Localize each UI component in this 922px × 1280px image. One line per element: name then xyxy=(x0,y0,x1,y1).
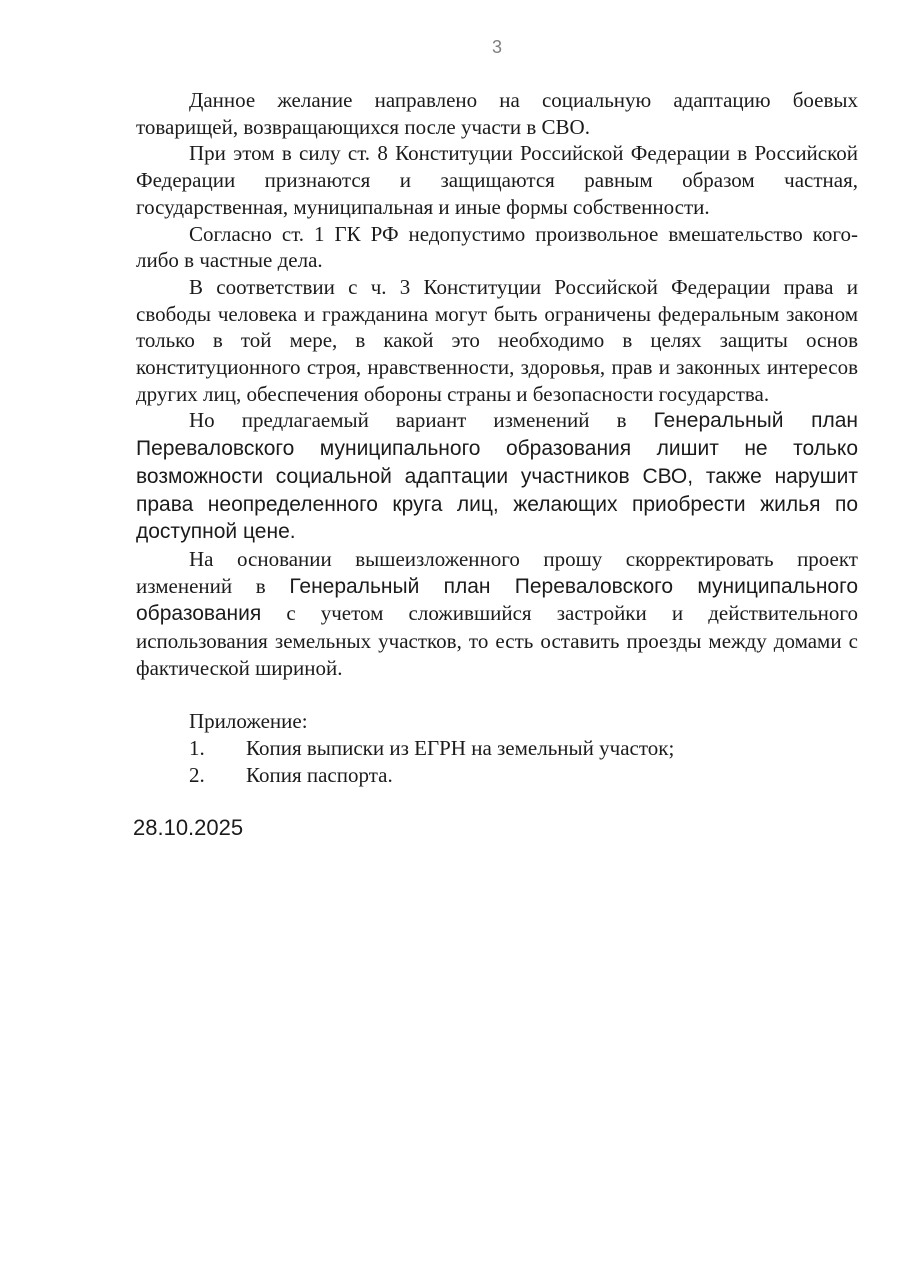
attachment-heading: Приложение: xyxy=(136,708,858,735)
paragraph-civil-code-art1: Согласно ст. 1 ГК РФ недопустимо произво… xyxy=(136,221,858,274)
attachment-item-2-number: 2. xyxy=(189,762,246,789)
attachment-item-2: 2.Копия паспорта. xyxy=(136,762,858,789)
paragraph-constitution-part3: В соответствии с ч. 3 Конституции Россий… xyxy=(136,274,858,408)
paragraph-general-plan-objection: Но предлагаемый вариант изменений в Гене… xyxy=(136,407,858,546)
attachment-item-1: 1.Копия выписки из ЕГРН на земельный уча… xyxy=(136,735,858,762)
paragraph-social-adaptation: Данное желание направлено на социальную … xyxy=(136,87,858,140)
document-body: Данное желание направлено на социальную … xyxy=(136,87,858,842)
paragraph-5-serif-run: Но предлагаемый вариант изменений в xyxy=(189,408,654,432)
attachment-item-1-number: 1. xyxy=(189,735,246,762)
date: 28.10.2025 xyxy=(133,815,858,842)
attachment-item-2-text: Копия паспорта. xyxy=(246,763,393,787)
page-number: 3 xyxy=(136,37,858,58)
document-page: 3 Данное желание направлено на социальну… xyxy=(0,0,922,1280)
paragraph-constitution-art8: При этом в силу ст. 8 Конституции Россий… xyxy=(136,140,858,220)
paragraph-request-correction: На основании вышеизложенного прошу скорр… xyxy=(136,546,858,682)
attachment-item-1-text: Копия выписки из ЕГРН на земельный участ… xyxy=(246,736,674,760)
